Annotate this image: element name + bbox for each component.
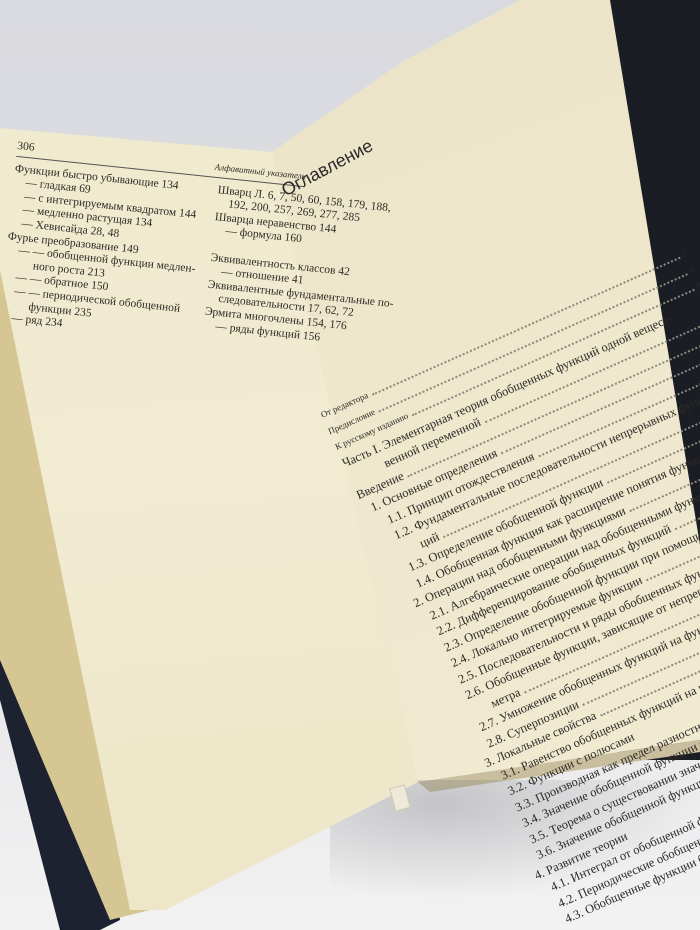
- index-column-left: Функции быстро убывающие 134— гладкая 69…: [0, 162, 205, 344]
- index-column-right: Шварц Л. 6, 7, 50, 60, 158, 179, 188,192…: [201, 184, 404, 366]
- left-page-index: 306 Алфавитный указатель Функции быстро …: [0, 140, 306, 355]
- toc-entry-page: 8: [694, 277, 700, 295]
- book-photo: 306 Алфавитный указатель Функции быстро …: [0, 0, 700, 930]
- page-number: 306: [17, 140, 36, 155]
